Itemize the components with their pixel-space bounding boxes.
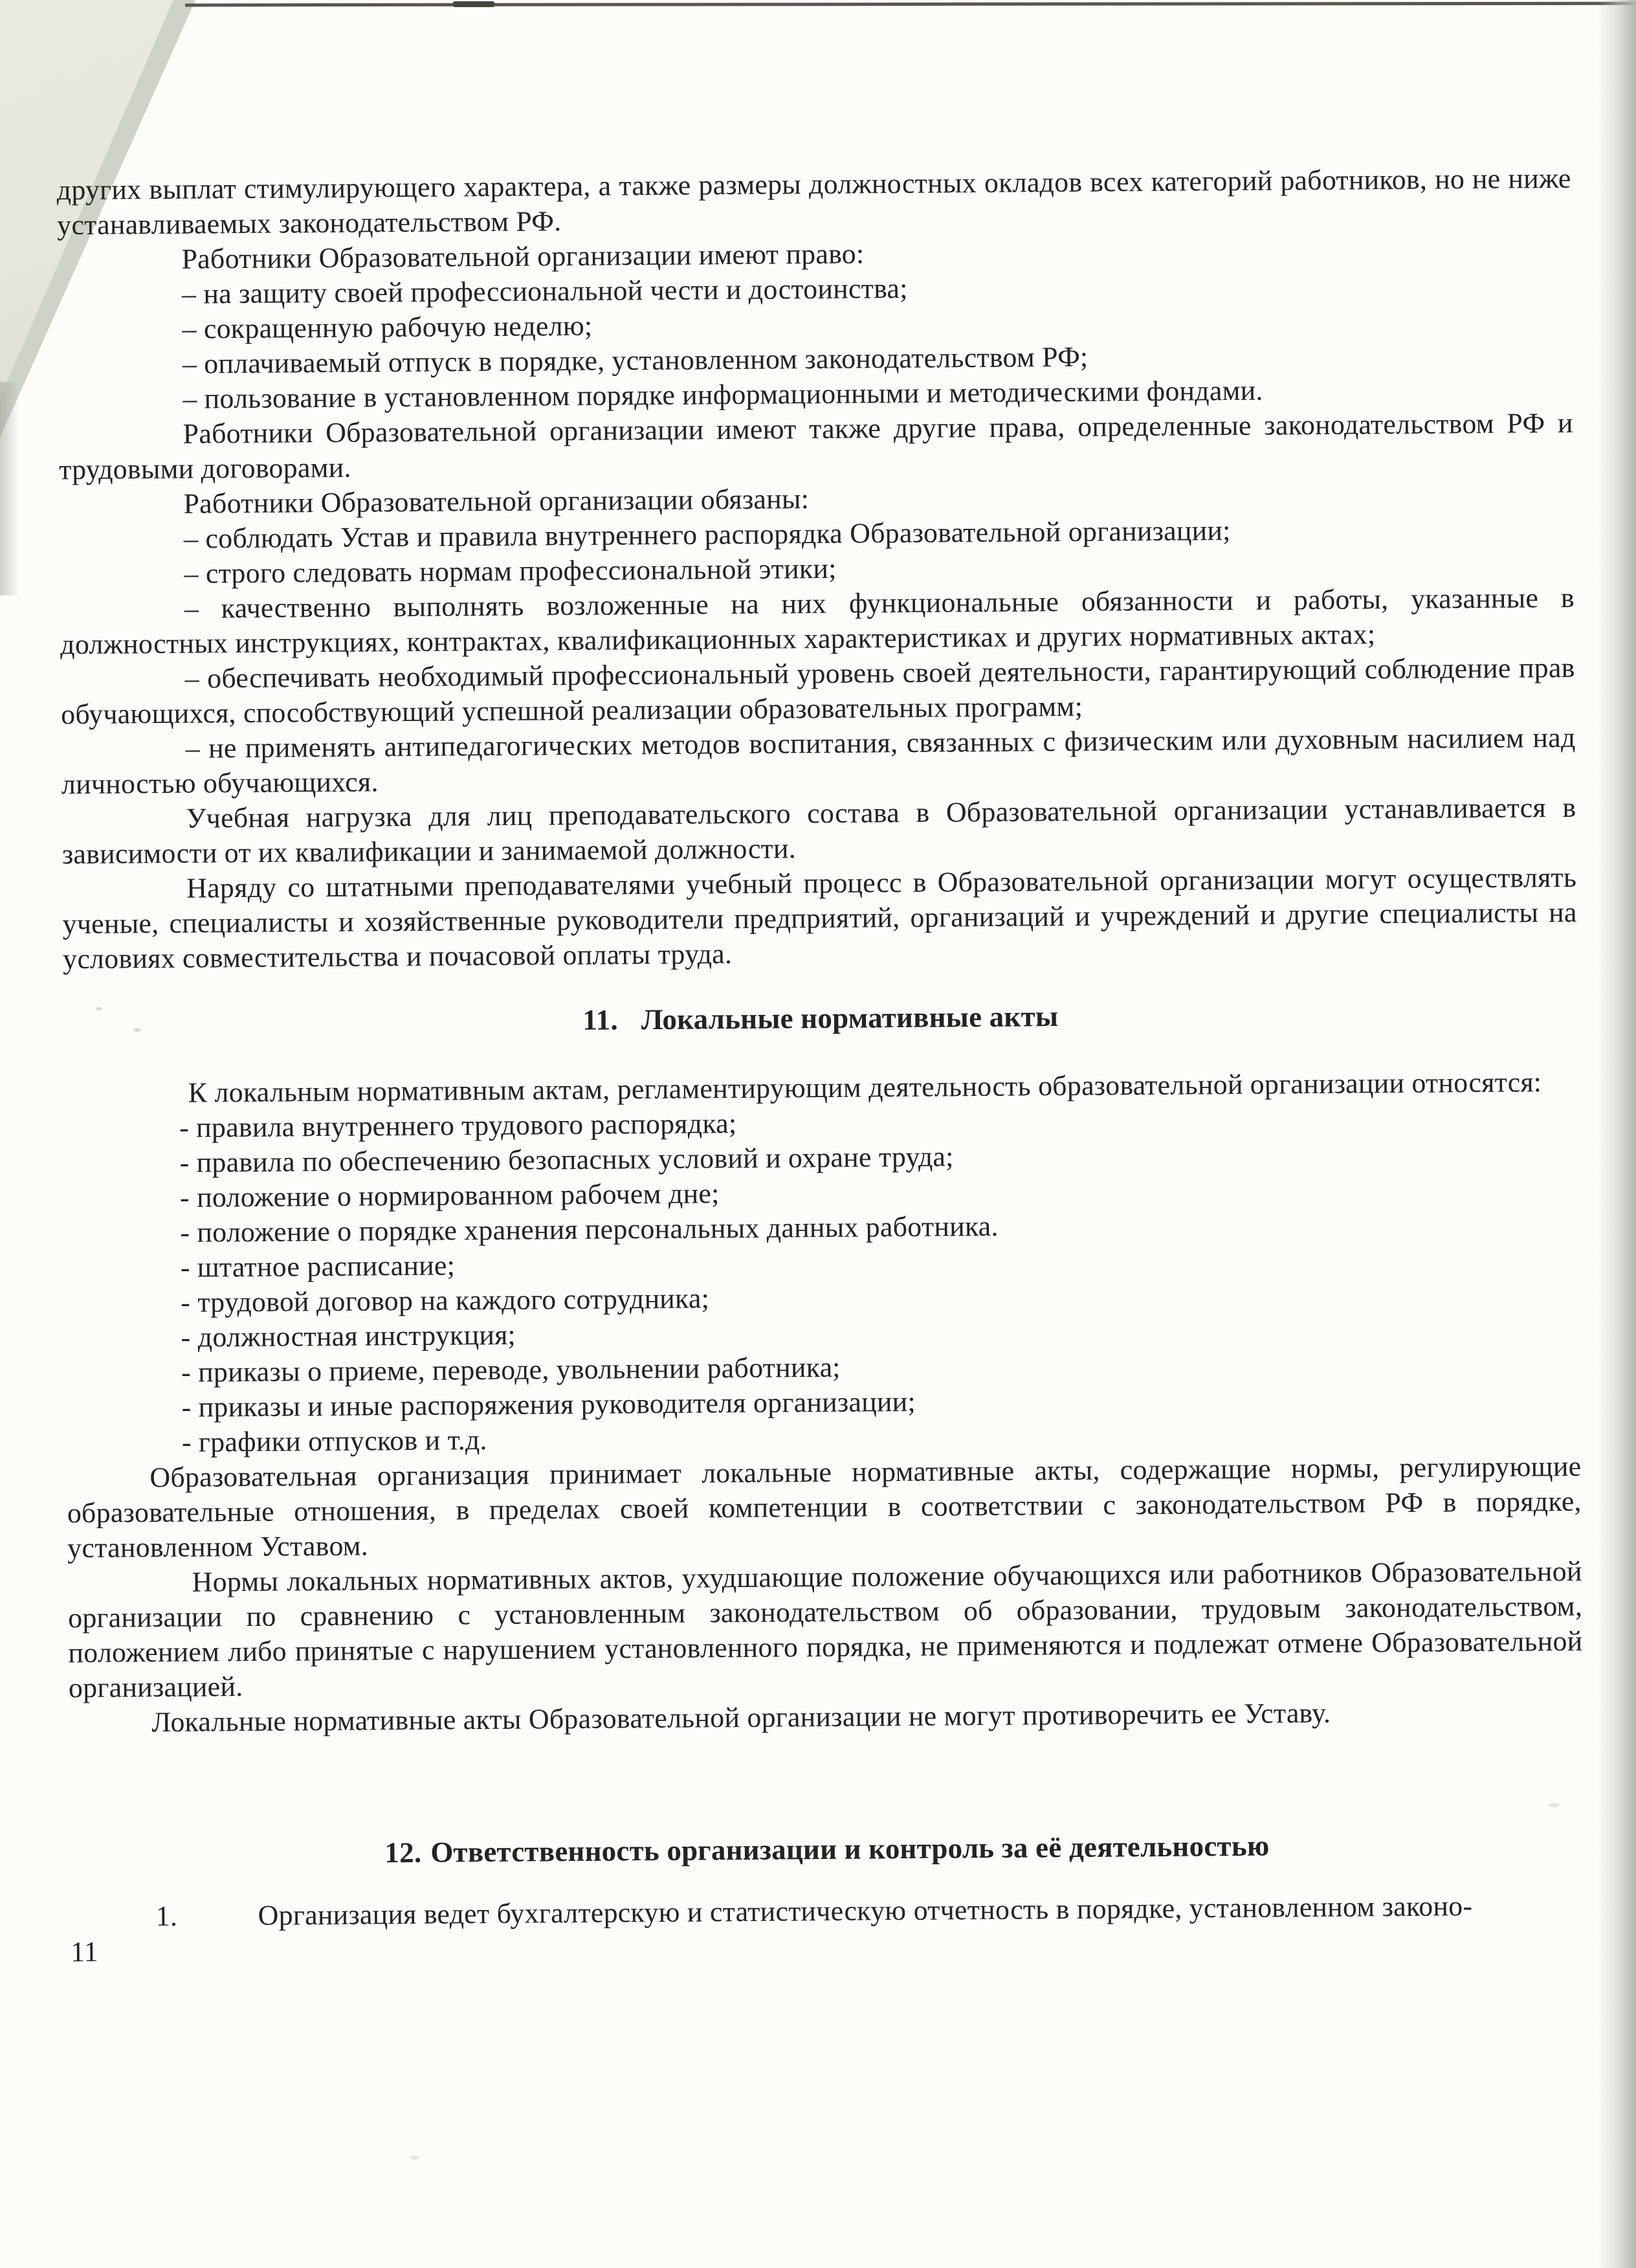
item-1-text: Организация ведет бухгалтерскую и статис… (258, 1890, 1472, 1931)
document-text-block: других выплат стимулирующего характера, … (0, 0, 1636, 1970)
paragraph-adopt-acts: Образовательная организация принимает ло… (67, 1449, 1582, 1566)
paragraph-other-rights: Работники Образовательной организации им… (58, 406, 1573, 487)
list-item-duty: – качественно выполнять возложенные на н… (60, 581, 1575, 662)
paragraph-continuation: других выплат стимулирующего характера, … (57, 161, 1572, 243)
paragraph-staff: Наряду со штатными преподавателями учебн… (62, 860, 1577, 977)
section-12-title: Ответственность организации и контроль з… (430, 1830, 1270, 1869)
section-11-title: Локальные нормативные акты (641, 1000, 1059, 1036)
list-item-duty: – обеспечивать необходимый профессиональ… (60, 650, 1575, 732)
section-12-number: 12. (384, 1836, 421, 1869)
item-1-number: 1. (155, 1898, 258, 1934)
paragraph-teaching-load: Учебная нагрузка для лиц преподавательск… (61, 790, 1576, 872)
scan-speck (410, 2155, 419, 2160)
section-11-heading: 11.Локальные нормативные акты (63, 995, 1578, 1041)
scanned-document-page: других выплат стимулирующего характера, … (0, 0, 1636, 2268)
section-12-heading: 12.Ответственность организации и контрол… (70, 1826, 1584, 1873)
paragraph-norms: Нормы локальных нормативных актов, ухудш… (67, 1554, 1583, 1706)
section-11-number: 11. (582, 1003, 618, 1036)
list-item-duty: – не применять антипедагогических методо… (61, 720, 1576, 802)
